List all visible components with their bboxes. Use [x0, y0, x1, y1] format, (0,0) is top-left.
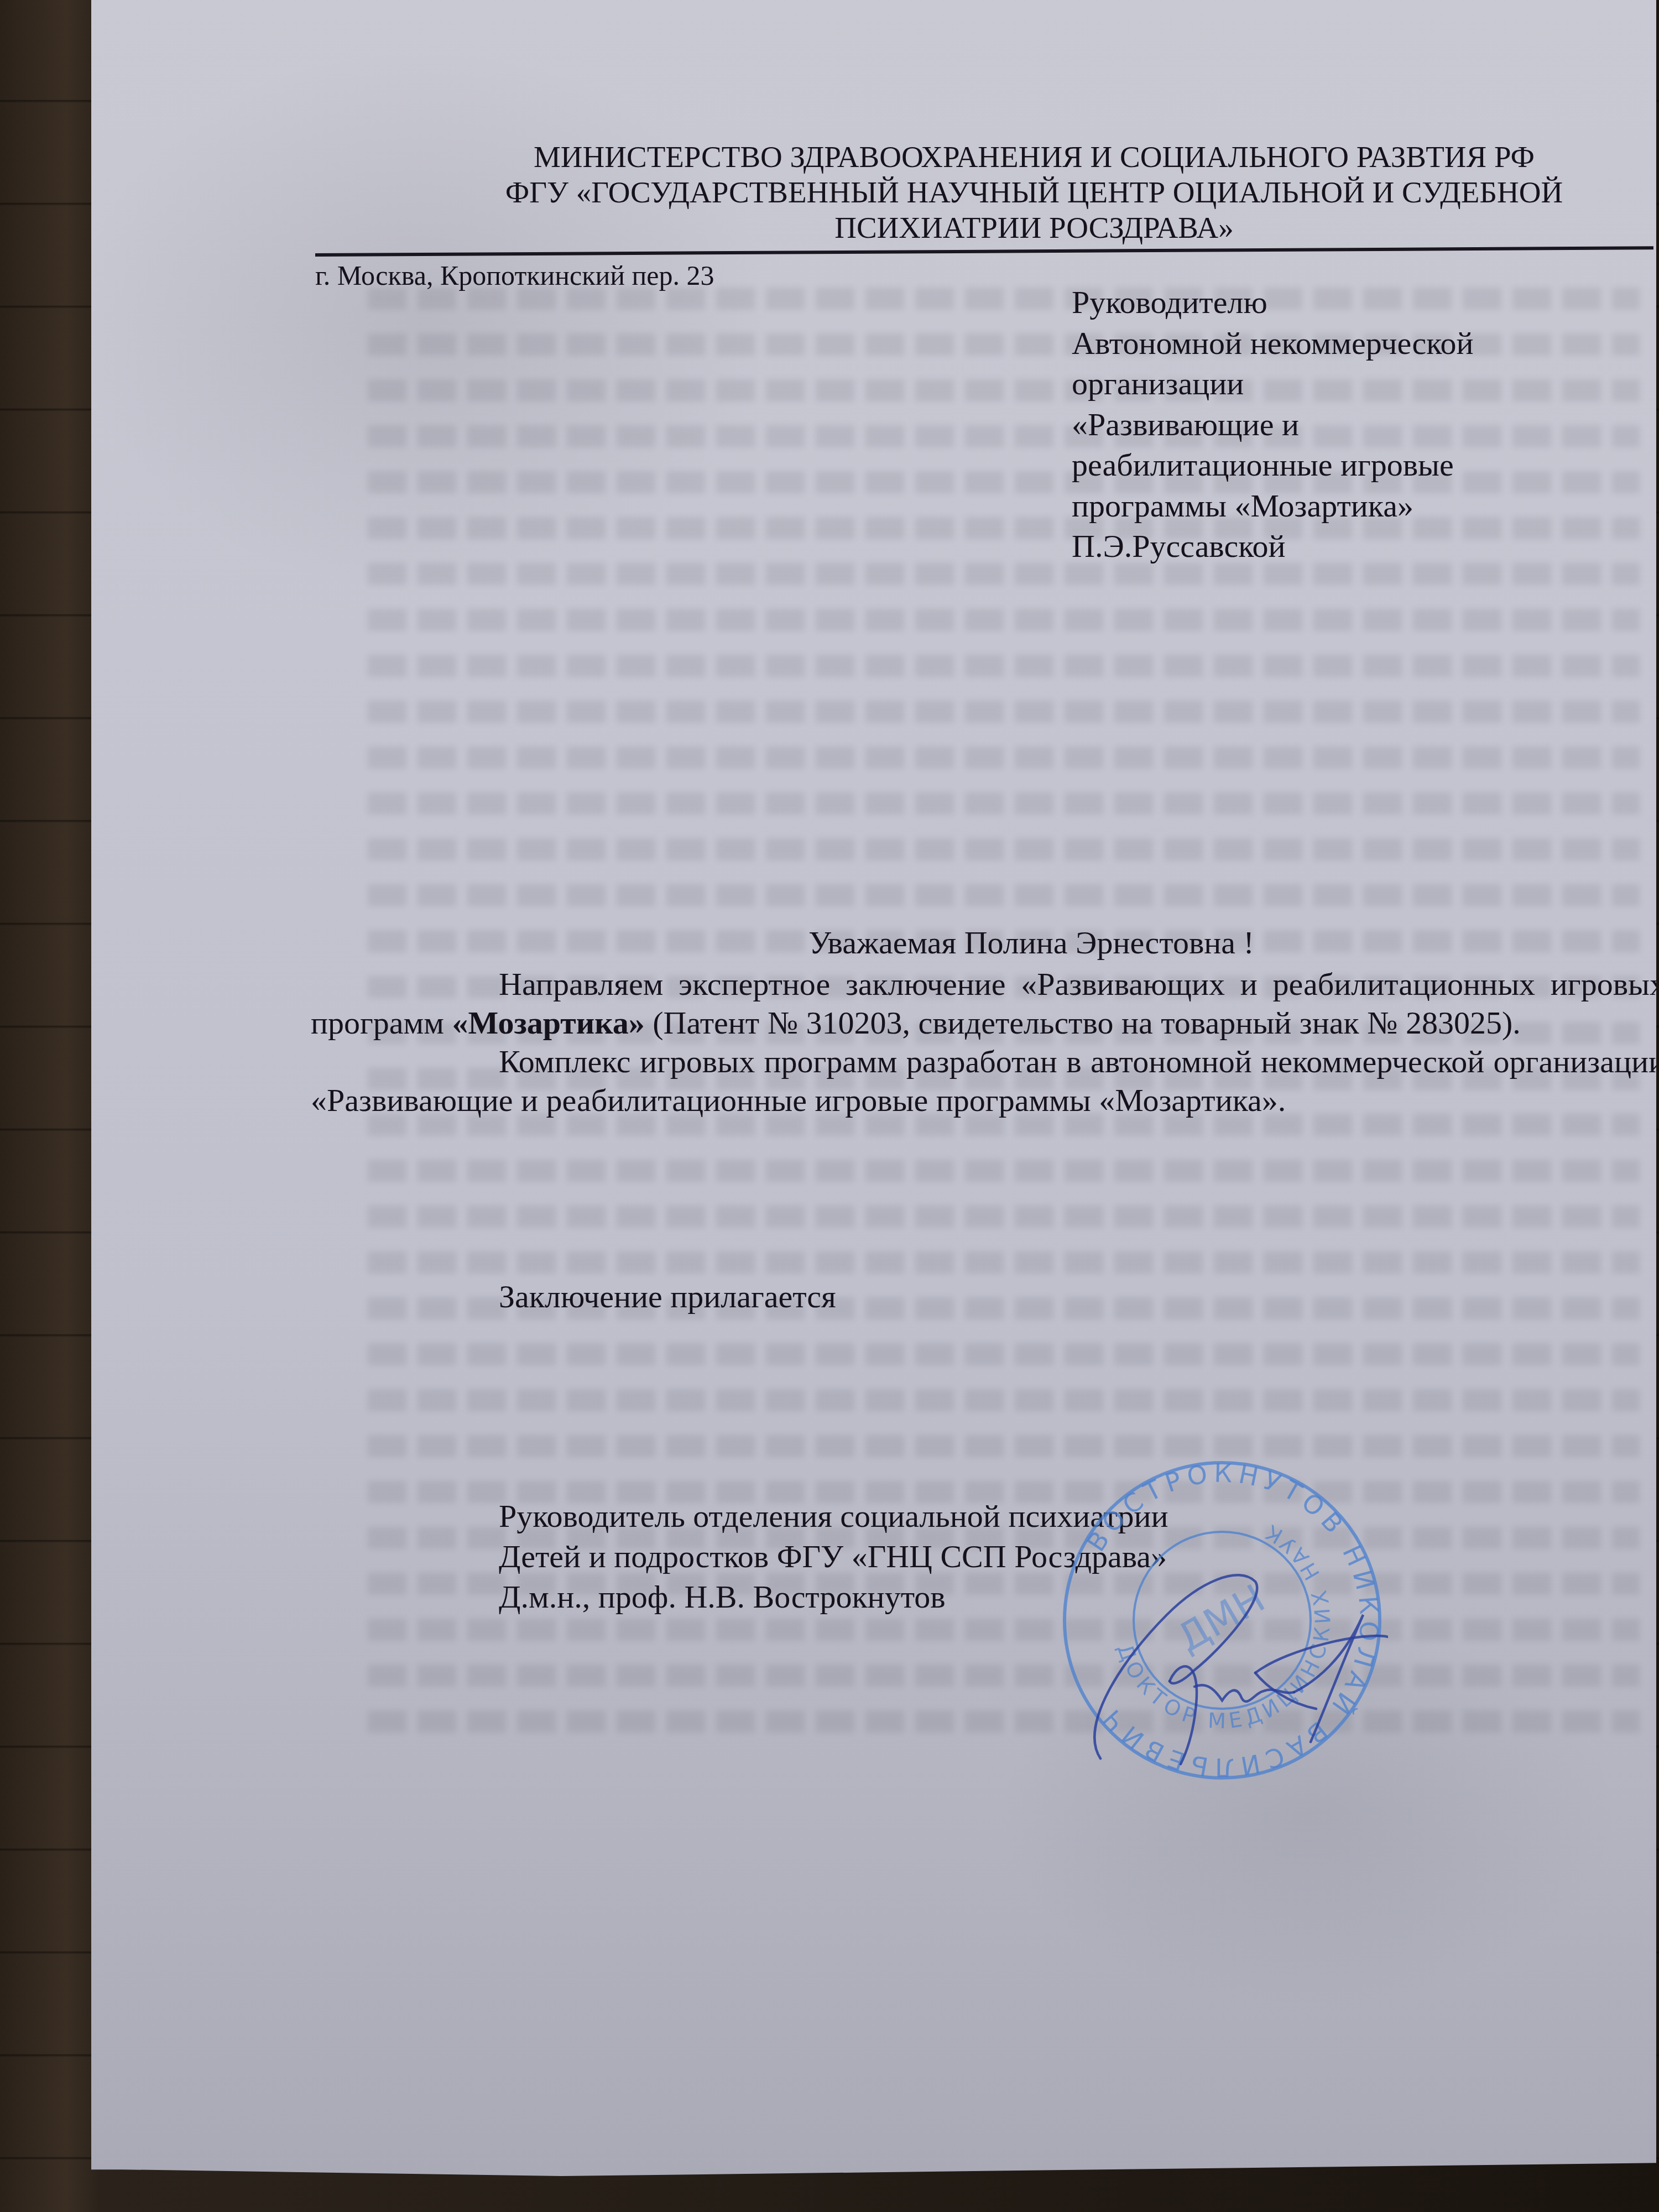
- letterhead-institution: ФГУ «ГОСУДАРСТВЕННЫЙ НАУЧНЫЙ ЦЕНТР ОЦИАЛ…: [406, 175, 1659, 210]
- recipient-line: реабилитационные игровые: [1072, 445, 1659, 486]
- brand-name-bold: «Мозартика»: [452, 1005, 644, 1041]
- recipient-name: П.Э.Руссавской: [1072, 526, 1659, 567]
- body-paragraph-1: Направляем экспертное заключение «Развив…: [311, 965, 1659, 1042]
- signatory-name: Д.м.н., проф. Н.В. Вострокнутов: [499, 1577, 1168, 1617]
- recipient-line: программы «Мозартика»: [1072, 486, 1659, 526]
- letterhead-divider: [315, 246, 1653, 257]
- stamp-center-text: ДМН: [1170, 1575, 1272, 1661]
- salutation: Уважаемая Полина Эрнестовна !: [672, 924, 1391, 962]
- recipient-block: Руководителю Автономной некоммерческой о…: [1072, 282, 1659, 567]
- recipient-line: Руководителю: [1072, 282, 1659, 323]
- letter-page: МИНИСТЕРСТВО ЗДРАВООХРАНЕНИЯ И СОЦИАЛЬНО…: [91, 0, 1656, 2176]
- recipient-line: Автономной некоммерческой: [1072, 323, 1659, 364]
- body-paragraph-2: Комплекс игровых программ разработан в а…: [311, 1042, 1659, 1120]
- recipient-line: «Развивающие и: [1072, 404, 1659, 445]
- signatory-position: Руководитель отделения социальной психиа…: [499, 1496, 1168, 1536]
- signature-block: Руководитель отделения социальной психиа…: [499, 1496, 1168, 1617]
- letterhead-address: г. Москва, Кропоткинский пер. 23: [315, 259, 714, 292]
- letterhead-institution-cont: ПСИХИАТРИИ РОСЗДРАВА»: [406, 210, 1659, 246]
- letter-body: Направляем экспертное заключение «Развив…: [311, 965, 1659, 1120]
- recipient-line: организации: [1072, 363, 1659, 404]
- letterhead: МИНИСТЕРСТВО ЗДРАВООХРАНЕНИЯ И СОЦИАЛЬНО…: [406, 139, 1659, 246]
- letterhead-ministry: МИНИСТЕРСТВО ЗДРАВООХРАНЕНИЯ И СОЦИАЛЬНО…: [406, 139, 1659, 175]
- signatory-department: Детей и подростков ФГУ «ГНЦ ССП Росздрав…: [499, 1536, 1168, 1577]
- enclosure-note: Заключение прилагается: [499, 1277, 836, 1316]
